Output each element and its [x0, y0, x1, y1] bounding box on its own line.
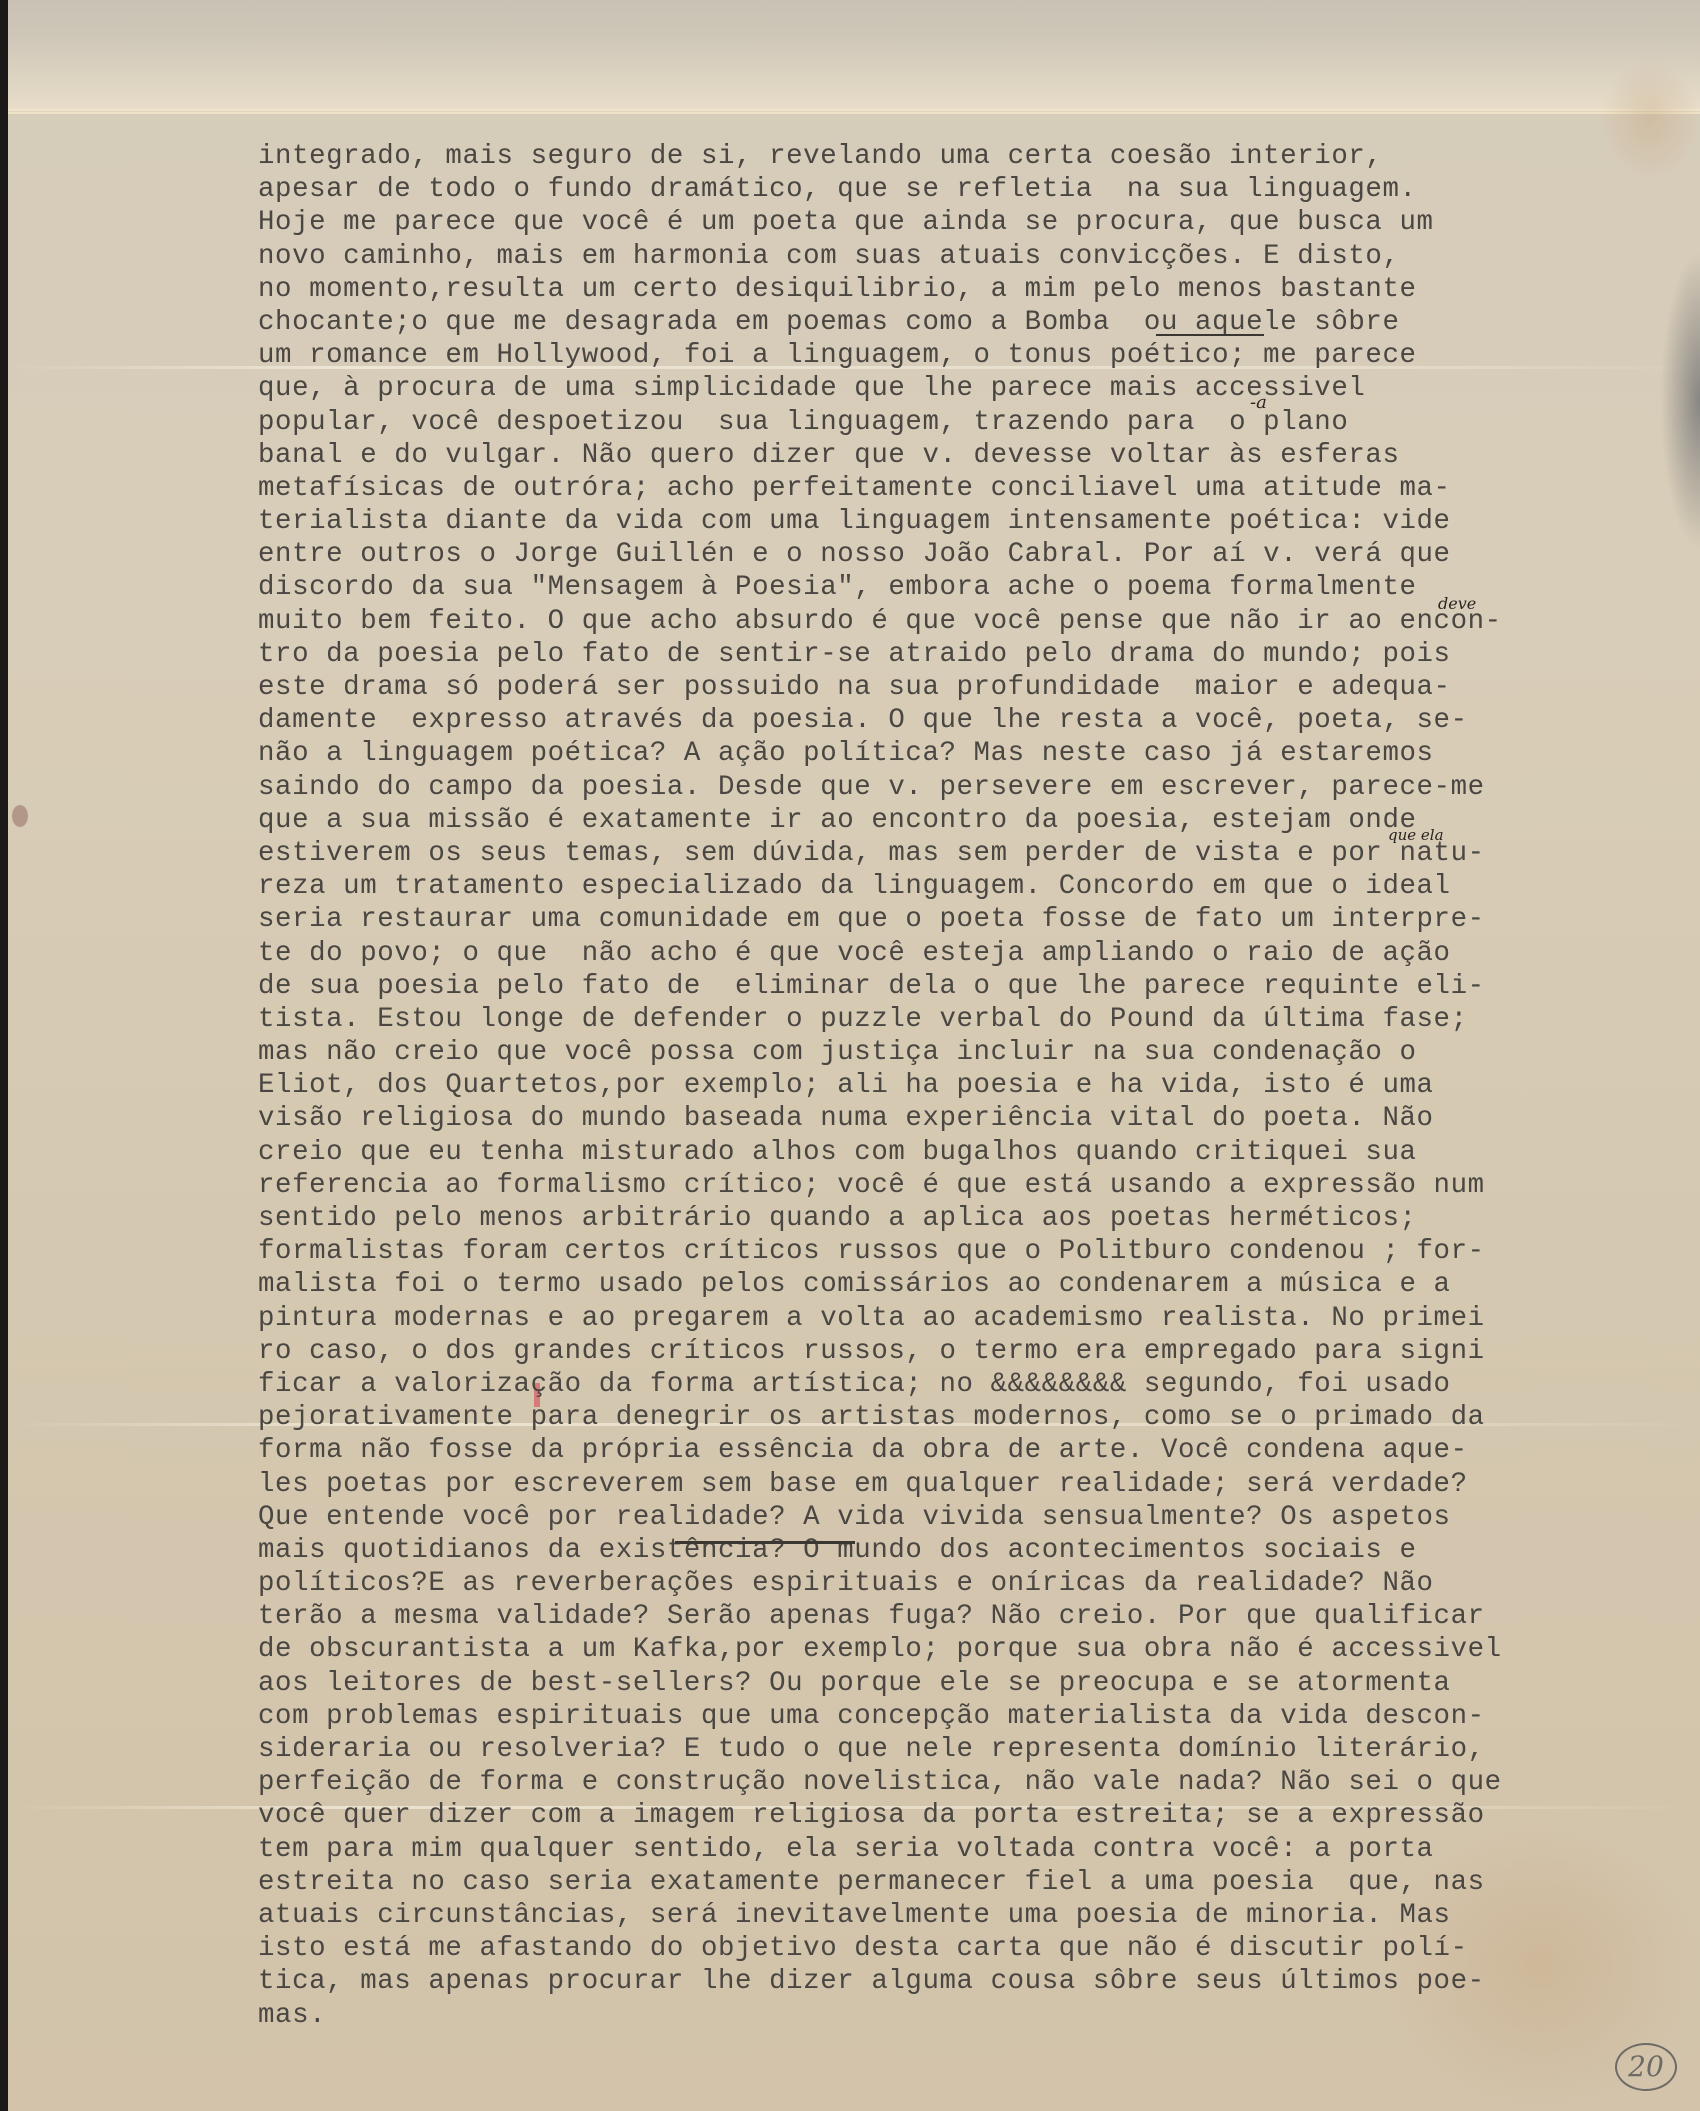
text-line: estreita no caso seria exatamente perman… [258, 1866, 1698, 1899]
text-line: sentido pelo menos arbitrário quando a a… [258, 1202, 1698, 1235]
text-line: no momento,resulta um certo desiquilibri… [258, 273, 1698, 306]
text-line: reza um tratamento especializado da ling… [258, 870, 1698, 903]
text-line: mais quotidianos da existência? O mundo … [258, 1534, 1698, 1567]
page-number: 20 [1615, 2043, 1677, 2091]
text-line: isto está me afastando do objetivo desta… [258, 1932, 1698, 1965]
text-line: tista. Estou longe de defender o puzzle … [258, 1003, 1698, 1036]
text-line: apesar de todo o fundo dramático, que se… [258, 173, 1698, 206]
text-line: novo caminho, mais em harmonia com suas … [258, 240, 1698, 273]
handwritten-annotation: que ela [1388, 826, 1444, 844]
handwritten-annotation: deve [1438, 594, 1476, 613]
text-line: mas não creio que você possa com justiça… [258, 1036, 1698, 1069]
text-line: não a linguagem poética? A ação política… [258, 737, 1698, 770]
text-line: forma não fosse da própria essência da o… [258, 1434, 1698, 1467]
text-line: metafísicas de outróra; acho perfeitamen… [258, 472, 1698, 505]
text-line: que a sua missão é exatamente ir ao enco… [258, 804, 1698, 837]
text-line: políticos?E as reverberações espirituais… [258, 1567, 1698, 1600]
text-line: perfeição de forma e construção novelist… [258, 1766, 1698, 1799]
text-line: você quer dizer com a imagem religiosa d… [258, 1799, 1698, 1832]
letter-body: integrado, mais seguro de si, revelando … [258, 140, 1698, 2032]
text-line: pintura modernas e ao pregarem a volta a… [258, 1302, 1698, 1335]
text-line: de obscurantista a um Kafka,por exemplo;… [258, 1633, 1698, 1666]
underline-realidade [675, 1541, 855, 1544]
text-line: seria restaurar uma comunidade em que o … [258, 903, 1698, 936]
text-line: atuais circunstâncias, será inevitavelme… [258, 1899, 1698, 1932]
text-line: aos leitores de best-sellers? Ou porque … [258, 1667, 1698, 1700]
binding-hole-mark [12, 805, 28, 827]
text-line: com problemas espirituais que uma concep… [258, 1700, 1698, 1733]
text-line: visão religiosa do mundo baseada numa ex… [258, 1102, 1698, 1135]
text-line: Que entende você por realidade? A vida v… [258, 1501, 1698, 1534]
text-line: damente expresso através da poesia. O qu… [258, 704, 1698, 737]
text-line: que, à procura de uma simplicidade que l… [258, 372, 1698, 405]
text-line: de sua poesia pelo fato de eliminar dela… [258, 970, 1698, 1003]
text-line: discordo da sua "Mensagem à Poesia", emb… [258, 571, 1698, 604]
text-line: terão a mesma validade? Serão apenas fug… [258, 1600, 1698, 1633]
text-line: tro da poesia pelo fato de sentir-se atr… [258, 638, 1698, 671]
text-line: terialista diante da vida com uma lingua… [258, 505, 1698, 538]
text-line: banal e do vulgar. Não quero dizer que v… [258, 439, 1698, 472]
text-line: integrado, mais seguro de si, revelando … [258, 140, 1698, 173]
text-line: malista foi o termo usado pelos comissár… [258, 1268, 1698, 1301]
text-line: popular, você despoetizou sua linguagem,… [258, 406, 1698, 439]
text-line: entre outros o Jorge Guillén e o nosso J… [258, 538, 1698, 571]
text-line: estiverem os seus temas, sem dúvida, mas… [258, 837, 1698, 870]
text-line: saindo do campo da poesia. Desde que v. … [258, 771, 1698, 804]
text-line: te do povo; o que não acho é que você es… [258, 937, 1698, 970]
text-line: tem para mim qualquer sentido, ela seria… [258, 1833, 1698, 1866]
text-line: este drama só poderá ser possuido na sua… [258, 671, 1698, 704]
text-line: Hoje me parece que você é um poeta que a… [258, 206, 1698, 239]
text-line: creio que eu tenha misturado alhos com b… [258, 1136, 1698, 1169]
folded-top-strip [8, 0, 1700, 114]
text-line: sideraria ou resolveria? E tudo o que ne… [258, 1733, 1698, 1766]
text-line: ro caso, o dos grandes críticos russos, … [258, 1335, 1698, 1368]
text-line: ficar a valorização da forma artística; … [258, 1368, 1698, 1401]
text-line-with-underline: chocante;o que me desagrada em poemas co… [258, 306, 1698, 339]
underline-bomba [1156, 334, 1264, 336]
text-line: pejorativamente para denegrir os artista… [258, 1401, 1698, 1434]
handwritten-annotation: -a [1250, 392, 1267, 413]
text-line: les poetas por escreverem sem base em qu… [258, 1468, 1698, 1501]
text-line: Eliot, dos Quartetos,por exemplo; ali ha… [258, 1069, 1698, 1102]
text-line: tica, mas apenas procurar lhe dizer algu… [258, 1965, 1698, 1998]
text-line: formalistas foram certos críticos russos… [258, 1235, 1698, 1268]
text-line: muito bem feito. O que acho absurdo é qu… [258, 605, 1698, 638]
text-line: referencia ao formalismo crítico; você é… [258, 1169, 1698, 1202]
text-line: mas. [258, 1999, 1698, 2032]
text-line: um romance em Hollywood, foi a linguagem… [258, 339, 1698, 372]
